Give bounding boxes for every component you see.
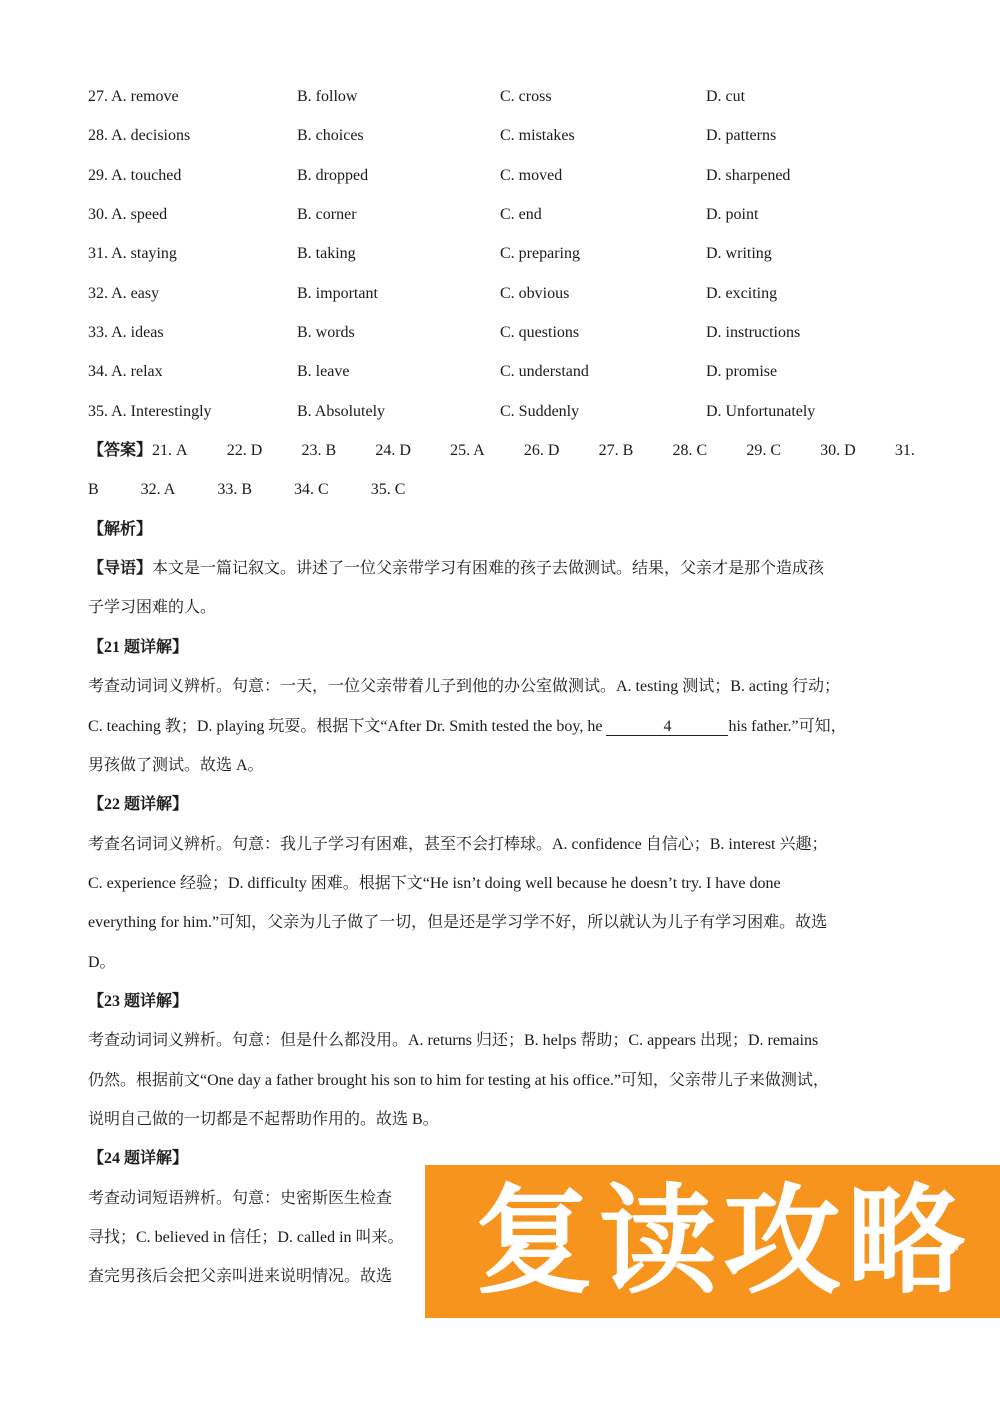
option-d: D. point (706, 195, 915, 234)
intro-text: 本文是一篇记叙文。讲述了一位父亲带学习有困难的孩子去做测试。结果，父亲才是那个造… (152, 560, 824, 577)
option-row-34: 34. A. relax B. leave C. understand D. p… (88, 352, 915, 391)
option-a: 30. A. speed (88, 195, 297, 234)
option-b: B. words (297, 313, 500, 352)
explanation-23-line-1: 考查动词词义辨析。句意：但是什么都没用。A. returns 归还；B. hel… (88, 1021, 915, 1060)
explanation-22-line-3: everything for him.”可知，父亲为儿子做了一切，但是还是学习学… (88, 903, 915, 942)
option-b: B. choices (297, 116, 500, 155)
answers-line-2: B 32. A 33. B 34. C 35. C (88, 470, 915, 509)
option-a: 27. A. remove (88, 77, 297, 116)
option-d: D. exciting (706, 274, 915, 313)
option-a: 33. A. ideas (88, 313, 297, 352)
option-c: C. preparing (500, 234, 706, 273)
intro-marker: 【导语】 (88, 560, 152, 577)
option-row-27: 27. A. remove B. follow C. cross D. cut (88, 77, 915, 116)
option-b: B. Absolutely (297, 392, 500, 431)
answers-line-1: 【答案】21. A 22. D 23. B 24. D 25. A 26. D … (88, 431, 915, 470)
answer-item: 24. D (375, 431, 411, 470)
answer-item: B (88, 470, 99, 509)
option-b: B. dropped (297, 156, 500, 195)
option-b: B. leave (297, 352, 500, 391)
option-d: D. writing (706, 234, 915, 273)
analysis-heading: 【解析】 (88, 510, 915, 549)
answers-marker: 【答案】 (88, 442, 152, 459)
intro-line-2: 子学习困难的人。 (88, 588, 915, 627)
explanation-23-line-2: 仍然。根据前文“One day a father brought his son… (88, 1061, 915, 1100)
option-row-30: 30. A. speed B. corner C. end D. point (88, 195, 915, 234)
option-d: D. sharpened (706, 156, 915, 195)
answer-item: 35. C (371, 470, 406, 509)
answer-item: 28. C (672, 431, 707, 470)
answer-item: 27. B (599, 431, 634, 470)
fill-blank-4: 4 (606, 718, 728, 736)
explanation-23-heading: 【23 题详解】 (88, 982, 915, 1021)
option-c: C. understand (500, 352, 706, 391)
option-row-33: 33. A. ideas B. words C. questions D. in… (88, 313, 915, 352)
option-b: B. corner (297, 195, 500, 234)
option-c: C. cross (500, 77, 706, 116)
answers-first-group: 【答案】21. A (88, 431, 188, 470)
option-a: 31. A. staying (88, 234, 297, 273)
option-row-31: 31. A. staying B. taking C. preparing D.… (88, 234, 915, 273)
option-b: B. follow (297, 77, 500, 116)
explanation-21-line-2: C. teaching 教；D. playing 玩耍。根据下文“After D… (88, 707, 915, 746)
document-page: { "doc": { "options": { "rows": [ {"cell… (0, 0, 1000, 1414)
option-d: D. Unfortunately (706, 392, 915, 431)
option-c: C. end (500, 195, 706, 234)
answer-item: 34. C (294, 470, 329, 509)
option-d: D. promise (706, 352, 915, 391)
option-a: 28. A. decisions (88, 116, 297, 155)
option-a: 32. A. easy (88, 274, 297, 313)
option-d: D. instructions (706, 313, 915, 352)
option-c: C. obvious (500, 274, 706, 313)
option-a: 35. A. Interestingly (88, 392, 297, 431)
explanation-22-line-1: 考查名词词义辨析。句意：我儿子学习有困难，甚至不会打棒球。A. confiden… (88, 825, 915, 864)
document-body: 27. A. remove B. follow C. cross D. cut … (88, 77, 915, 1297)
explanation-22-line-2: C. experience 经验；D. difficulty 困难。根据下文“H… (88, 864, 915, 903)
option-b: B. important (297, 274, 500, 313)
explanation-22-heading: 【22 题详解】 (88, 785, 915, 824)
answer-item: 26. D (524, 431, 560, 470)
intro-line-1: 【导语】本文是一篇记叙文。讲述了一位父亲带学习有困难的孩子去做测试。结果，父亲才… (88, 549, 915, 588)
option-row-35: 35. A. Interestingly B. Absolutely C. Su… (88, 392, 915, 431)
option-a: 29. A. touched (88, 156, 297, 195)
answer-item: 25. A (450, 431, 485, 470)
answer-item: 32. A (141, 470, 176, 509)
explanation-text: his father.”可知， (728, 718, 846, 735)
option-row-28: 28. A. decisions B. choices C. mistakes … (88, 116, 915, 155)
answer-item: 22. D (227, 431, 263, 470)
option-row-32: 32. A. easy B. important C. obvious D. e… (88, 274, 915, 313)
answer-item: 29. C (746, 431, 781, 470)
answer-item: 33. B (217, 470, 252, 509)
explanation-21-line-3: 男孩做了测试。故选 A。 (88, 746, 915, 785)
explanation-21-line-1: 考查动词词义辨析。句意：一天，一位父亲带着儿子到他的办公室做测试。A. test… (88, 667, 915, 706)
promo-banner-text: 复读攻略 (469, 1183, 971, 1301)
option-d: D. patterns (706, 116, 915, 155)
answer-item: 31. (895, 431, 915, 470)
explanation-23-line-3: 说明自己做的一切都是不起帮助作用的。故选 B。 (88, 1100, 915, 1139)
explanation-22-line-4: D。 (88, 943, 915, 982)
answer-item: 30. D (820, 431, 856, 470)
promo-banner: 复读攻略 (425, 1165, 1000, 1318)
option-c: C. moved (500, 156, 706, 195)
explanation-21-heading: 【21 题详解】 (88, 628, 915, 667)
option-b: B. taking (297, 234, 500, 273)
explanation-text: C. teaching 教；D. playing 玩耍。根据下文“After D… (88, 718, 606, 735)
option-c: C. mistakes (500, 116, 706, 155)
option-row-29: 29. A. touched B. dropped C. moved D. sh… (88, 156, 915, 195)
answer-item: 21. A (152, 442, 188, 459)
option-d: D. cut (706, 77, 915, 116)
option-a: 34. A. relax (88, 352, 297, 391)
answer-item: 23. B (301, 431, 336, 470)
option-c: C. Suddenly (500, 392, 706, 431)
option-c: C. questions (500, 313, 706, 352)
